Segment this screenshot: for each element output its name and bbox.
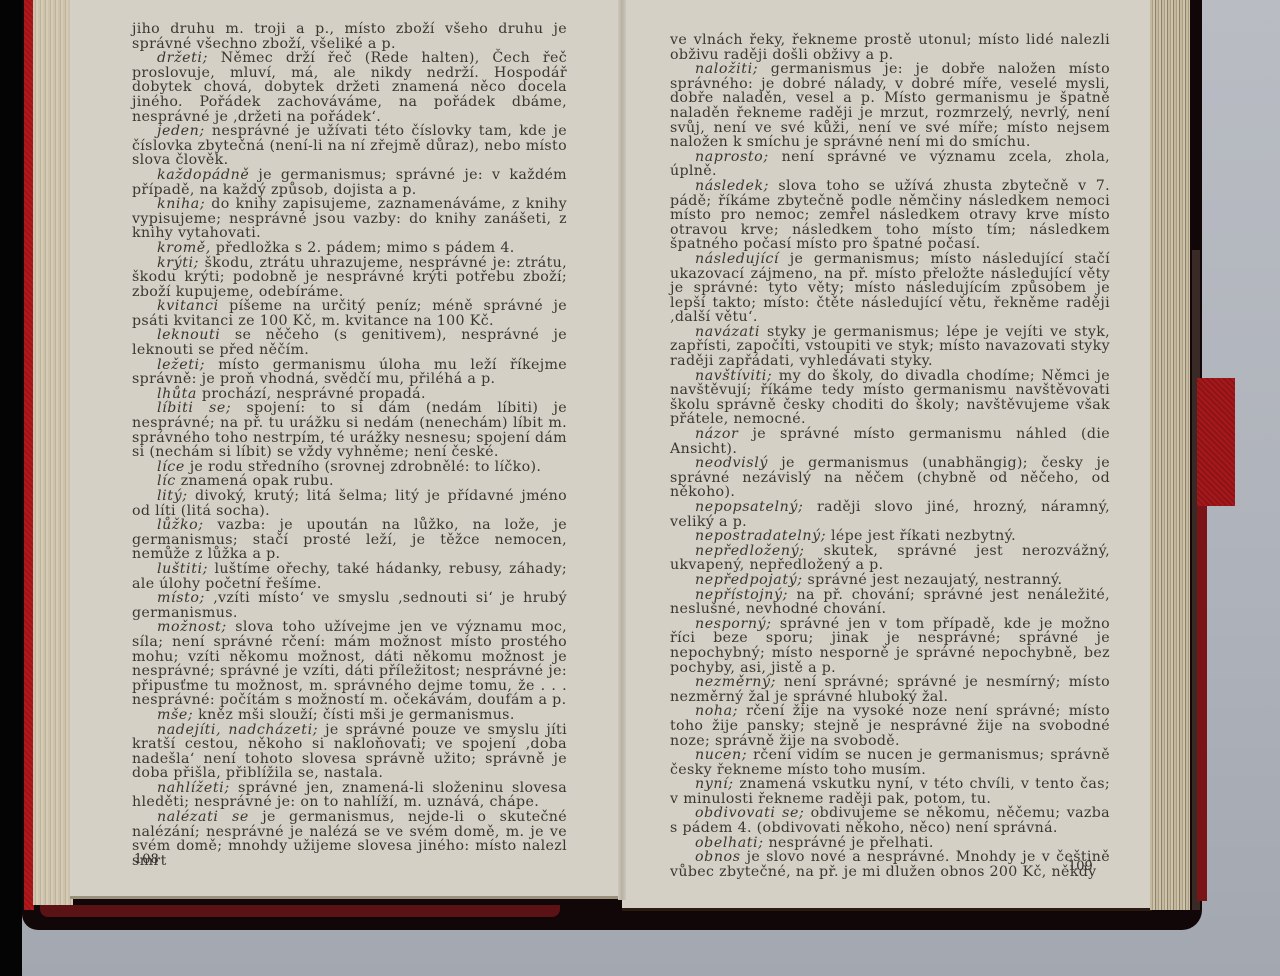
dictionary-entry: nucen; rčení vidím se nucen je germanism…: [670, 748, 1110, 777]
entry-headword: nyní;: [695, 776, 734, 792]
dictionary-entry: líc znamená opak rubu.: [132, 474, 567, 489]
red-cover-bottom: [40, 905, 560, 917]
right-page: ve vlnách řeky, řekneme prostě utonul; m…: [622, 0, 1152, 911]
dictionary-entry: naložiti; germanismus je: je dobře nalož…: [670, 62, 1110, 150]
dictionary-entry: ležeti; místo germanismu úloha mu leží ř…: [132, 358, 567, 387]
entry-headword: lůžko;: [157, 517, 204, 533]
entry-text: prochází, nesprávné propadá.: [197, 386, 426, 402]
dictionary-entry: lůžko; vazba: je upoután na lůžko, na lo…: [132, 518, 567, 562]
entry-headword: ležeti;: [157, 357, 205, 373]
dictionary-entry: leknouti se něčeho (s genitivem), nesprá…: [132, 328, 567, 357]
entry-headword: naložiti;: [695, 61, 758, 77]
left-page-stack: [33, 0, 73, 905]
entry-text: kněz mši slouží; čísti mši je germanismu…: [193, 707, 514, 723]
entry-headword: jeden;: [157, 123, 205, 139]
entry-text: ve vlnách řeky, řekneme prostě utonul; m…: [670, 32, 1110, 63]
entry-text: lépe jest říkati nezbytný.: [826, 528, 1016, 544]
dictionary-entry: nepostradatelný; lépe jest říkati nezbyt…: [670, 529, 1110, 544]
dictionary-entry: litý; divoký, krutý; litá šelma; litý je…: [132, 489, 567, 518]
dictionary-entry: místo; ‚vzíti místo‘ ve smyslu ‚sednouti…: [132, 591, 567, 620]
dictionary-entry: nepředpojatý; správné jest nezaujatý, ne…: [670, 573, 1110, 588]
entry-headword: kvitanci: [157, 298, 219, 314]
entry-headword: nepostradatelný;: [695, 528, 826, 544]
dictionary-entry: ve vlnách řeky, řekneme prostě utonul; m…: [670, 33, 1110, 62]
dictionary-entry: následek; slova toho se užívá zhusta zby…: [670, 179, 1110, 252]
entry-headword: noha;: [695, 703, 738, 719]
entry-headword: každopádně: [157, 167, 249, 183]
entry-headword: nepředpojatý;: [695, 572, 803, 588]
dictionary-entry: nezměrný; není správné; správné je nesmí…: [670, 675, 1110, 704]
book-gutter: [618, 0, 626, 900]
dictionary-entry: noha; rčení žije na vysoké noze není spr…: [670, 704, 1110, 748]
dictionary-entry: jeden; nesprávné je užívati této číslovk…: [132, 124, 567, 168]
dictionary-entry: nepopsatelný; raději slovo jiné, hrozný,…: [670, 500, 1110, 529]
dictionary-entry: líce je rodu středního (srovnej zdrobněl…: [132, 460, 567, 475]
entry-headword: názor: [695, 426, 738, 442]
dictionary-entry: kvitanci píšeme na určitý peníz; méně sp…: [132, 299, 567, 328]
entry-headword: mše;: [157, 707, 193, 723]
dictionary-entry: navázati styky je germanismus; lépe je v…: [670, 325, 1110, 369]
dictionary-entry: krýti; škodu, ztrátu uhrazujeme, nespráv…: [132, 256, 567, 300]
dictionary-entry: každopádně je germanismus; správné je: v…: [132, 168, 567, 197]
left-page-text: jiho druhu m. troji a p., místo zboží vš…: [132, 22, 567, 868]
entry-headword: nesporný;: [695, 616, 772, 632]
entry-headword: obnos: [695, 849, 741, 865]
entry-headword: obdivovati se;: [695, 805, 804, 821]
left-page: jiho druhu m. troji a p., místo zboží vš…: [70, 0, 622, 899]
dictionary-entry: lhůta prochází, nesprávné propadá.: [132, 387, 567, 402]
dictionary-entry: nyní; znamená vskutku nyní, v této chvíl…: [670, 777, 1110, 806]
entry-headword: navázati: [695, 324, 760, 340]
scan-border: [0, 0, 22, 976]
entry-headword: neodvislý: [695, 455, 768, 471]
page-number-right: 109: [1068, 859, 1093, 874]
entry-headword: nucen;: [695, 747, 747, 763]
dictionary-entry: obdivovati se; obdivujeme se někomu, něč…: [670, 806, 1110, 835]
entry-text: jiho druhu m. troji a p., místo zboží vš…: [132, 21, 567, 52]
entry-headword: líce: [157, 459, 185, 475]
entry-text: divoký, krutý; litá šelma; litý je přída…: [132, 488, 567, 519]
entry-headword: následek;: [695, 178, 769, 194]
entry-headword: držeti;: [157, 50, 208, 66]
dictionary-entry: kromě, předložka s 2. pádem; mimo s páde…: [132, 241, 567, 256]
dictionary-entry: mše; kněz mši slouží; čísti mši je germa…: [132, 708, 567, 723]
entry-headword: lhůta: [157, 386, 197, 402]
dictionary-entry: držeti; Němec drží řeč (Rede halten), Če…: [132, 51, 567, 124]
dictionary-entry: obnos je slovo nové a nesprávné. Mnohdy …: [670, 850, 1110, 879]
dictionary-entry: názor je správné místo germanismu náhled…: [670, 427, 1110, 456]
bookmark-ribbon: [1197, 378, 1235, 506]
dictionary-entry: nalézati se je germanismus, nejde-li o s…: [132, 810, 567, 868]
entry-headword: místo;: [157, 590, 205, 606]
entry-headword: následující: [695, 251, 779, 267]
entry-headword: litý;: [157, 488, 188, 504]
dictionary-entry: kniha; do knihy zapisujeme, zaznamenávám…: [132, 197, 567, 241]
dictionary-entry: neodvislý je germanismus (unabhängig); č…: [670, 456, 1110, 500]
entry-headword: leknouti: [157, 327, 220, 343]
entry-headword: nahlížeti;: [157, 780, 230, 796]
dictionary-entry: následující je germanismus; místo násled…: [670, 252, 1110, 325]
entry-text: předložka s 2. pádem; mimo s pádem 4.: [211, 240, 515, 256]
entry-headword: nalézati se: [157, 809, 249, 825]
dictionary-entry: nadejíti, nadcházeti; je správné pouze v…: [132, 723, 567, 781]
entry-headword: kniha;: [157, 196, 205, 212]
entry-headword: nezměrný;: [695, 674, 776, 690]
entry-text: znamená opak rubu.: [176, 473, 334, 489]
dictionary-entry: líbiti se; spojení: to si dám (nedám líb…: [132, 401, 567, 459]
right-page-stack: [1150, 0, 1190, 910]
page-number-left: 108: [134, 852, 159, 867]
entry-headword: nepopsatelný;: [695, 499, 803, 515]
entry-headword: naprosto;: [695, 149, 769, 165]
entry-headword: kromě,: [157, 240, 211, 256]
entry-text: znamená vskutku nyní, v této chvíli, v t…: [670, 776, 1110, 807]
dictionary-entry: navštíviti; my do školy, do divadla chod…: [670, 369, 1110, 427]
dictionary-entry: nepřístojný; na př. chování; správné jes…: [670, 588, 1110, 617]
right-page-text: ve vlnách řeky, řekneme prostě utonul; m…: [670, 33, 1110, 879]
entry-text: správné jest nezaujatý, nestranný.: [803, 572, 1063, 588]
dictionary-entry: nahlížeti; správné jen, znamená-li slože…: [132, 781, 567, 810]
entry-headword: luštiti;: [157, 561, 208, 577]
dictionary-entry: luštiti; luštíme ořechy, také hádanky, r…: [132, 562, 567, 591]
dictionary-entry: nesporný; správné jen v tom případě, kde…: [670, 617, 1110, 675]
dictionary-entry: nepředložený; skutek, správné jest neroz…: [670, 544, 1110, 573]
entry-headword: možnost;: [157, 619, 227, 635]
entry-headword: líc: [157, 473, 176, 489]
dictionary-entry: naprosto; není správné ve významu zcela,…: [670, 150, 1110, 179]
dictionary-entry: možnost; slova toho užívejme jen ve význ…: [132, 620, 567, 708]
dictionary-entry: jiho druhu m. troji a p., místo zboží vš…: [132, 22, 567, 51]
bookmark-ribbon-lower: [1197, 506, 1207, 901]
entry-headword: líbiti se;: [157, 400, 231, 416]
entry-text: je rodu středního (srovnej zdrobnělé: to…: [185, 459, 541, 475]
